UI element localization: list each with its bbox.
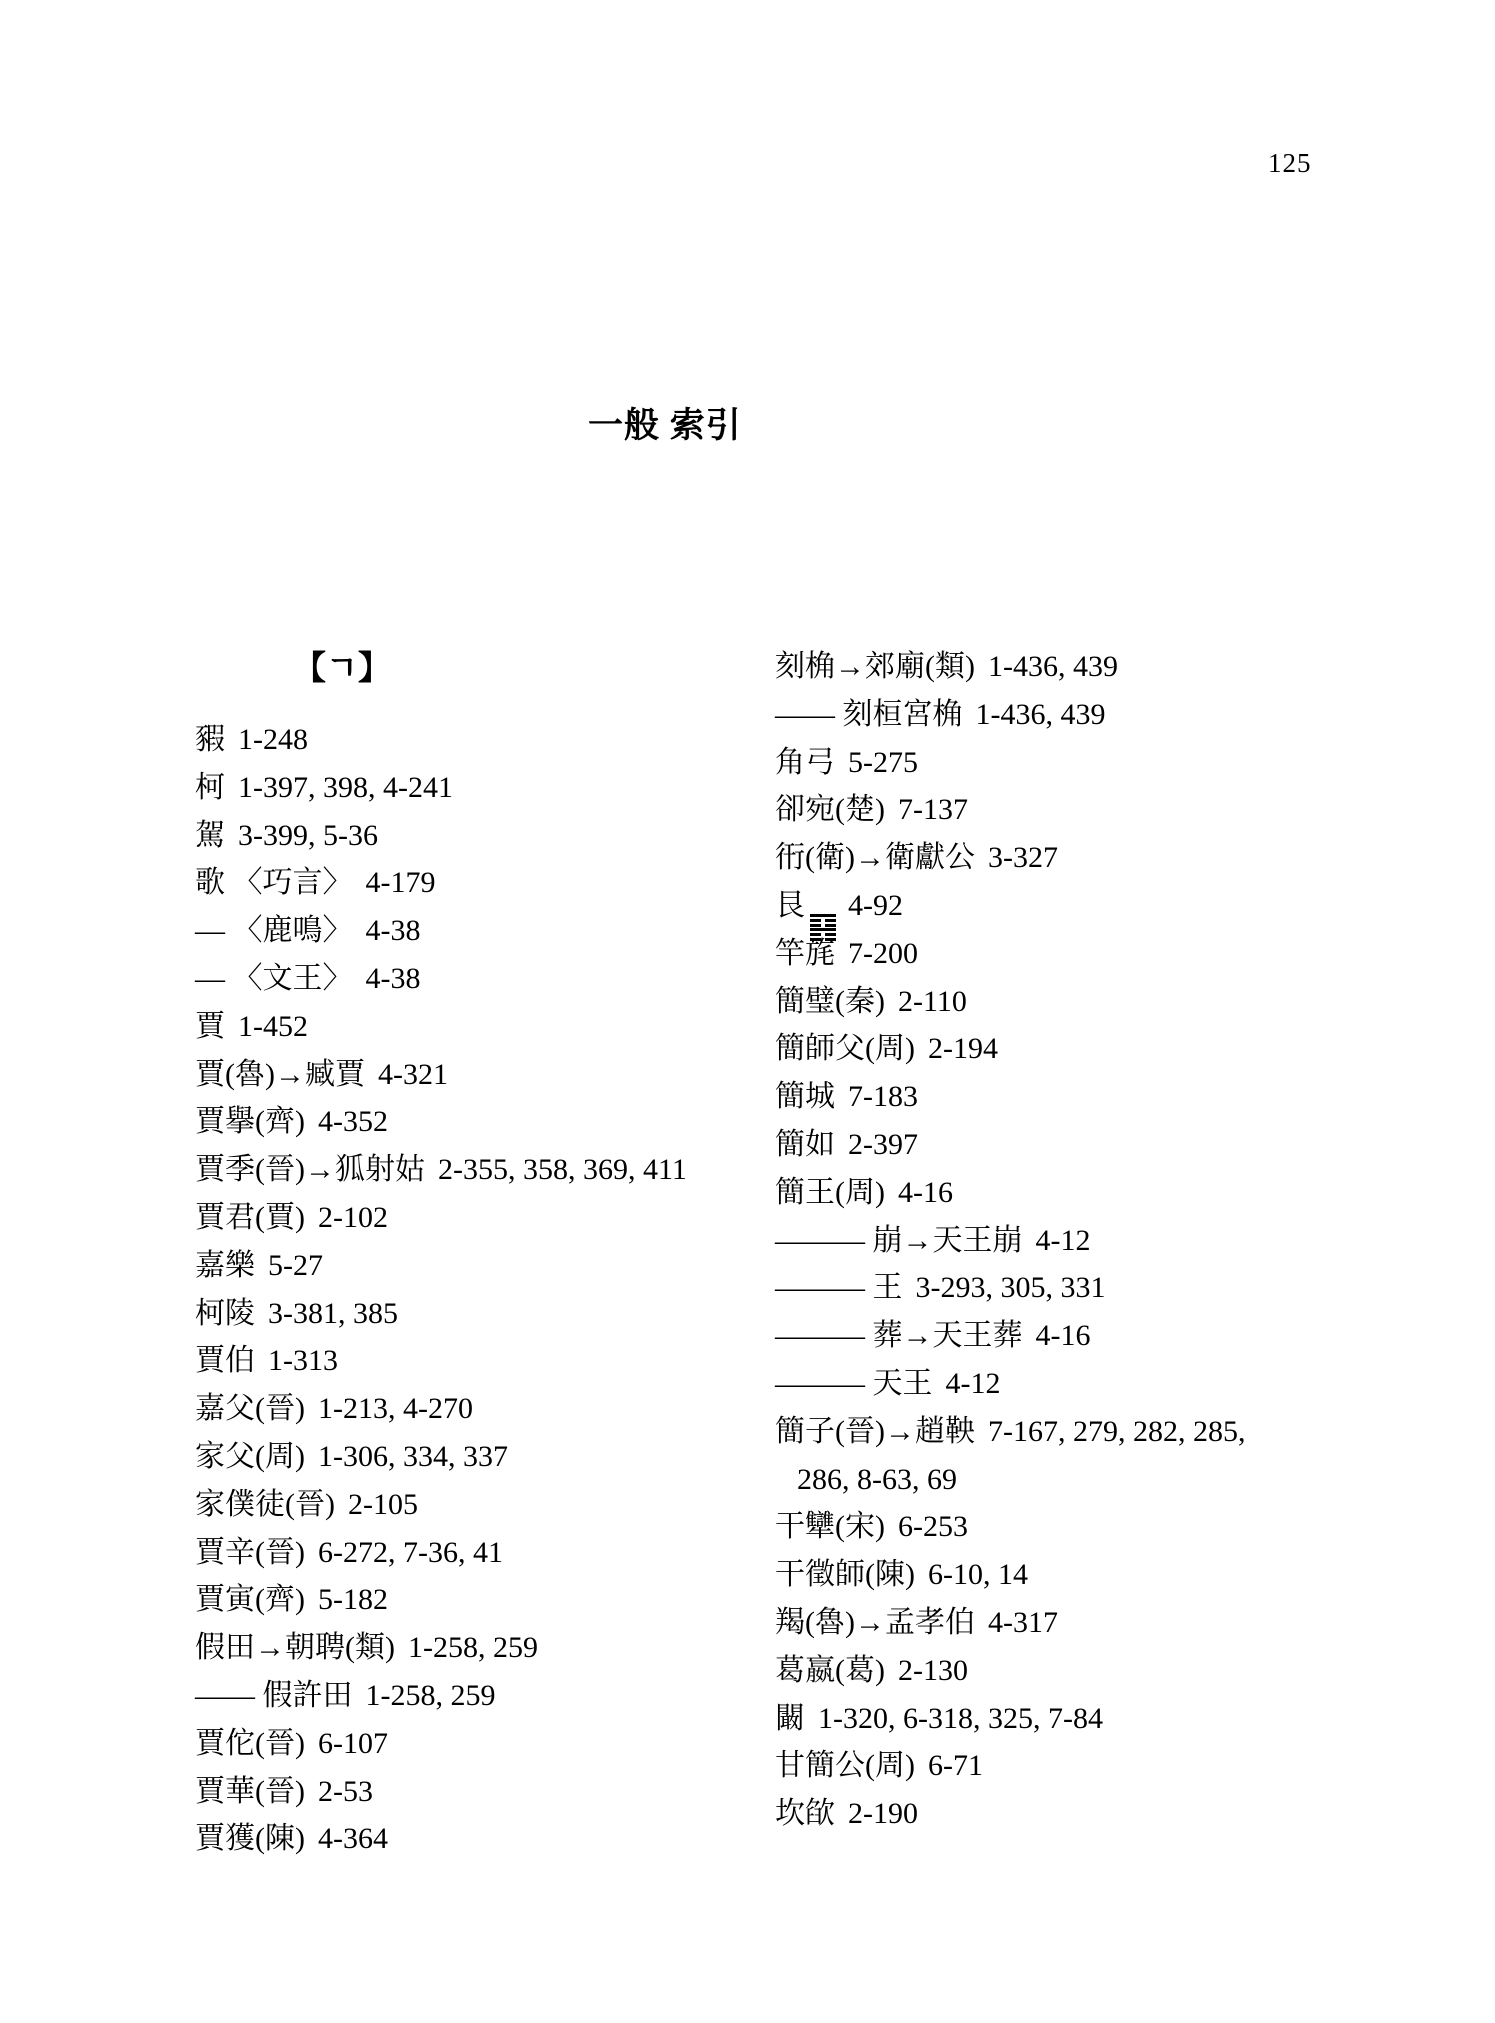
index-entry: 柯陵3-381, 385 — [195, 1290, 687, 1338]
entry-term: ——— 天王 — [775, 1367, 933, 1400]
entry-refs: 2-397 — [848, 1128, 918, 1161]
entry-refs: 6-253 — [898, 1510, 968, 1543]
hexagram-line-broken — [810, 924, 836, 927]
entry-refs: 1-258, 259 — [366, 1679, 496, 1712]
index-entry: 干犫(宋)6-253 — [775, 1503, 1245, 1551]
entry-term: 簡師父(周) — [775, 1032, 915, 1065]
entry-refs: 4-38 — [366, 962, 421, 995]
index-entry: 歌 〈巧言〉4-179 — [195, 859, 687, 907]
index-entry: 簡璧(秦)2-110 — [775, 978, 1245, 1026]
index-entry: 家僕徒(晉)2-105 — [195, 1481, 687, 1529]
entry-term: ——— 葬→天王葬 — [775, 1319, 1023, 1352]
index-entry: —— 假許田1-258, 259 — [195, 1672, 687, 1720]
entry-term: 家僕徒(晉) — [195, 1488, 335, 1521]
index-entry: 賈佗(晉)6-107 — [195, 1720, 687, 1768]
entry-term: ——— 崩→天王崩 — [775, 1224, 1023, 1257]
entry-term: 賈寅(齊) — [195, 1583, 305, 1616]
entry-term: — 〈文王〉 — [195, 962, 353, 995]
entry-refs: 1-258, 259 — [408, 1631, 538, 1664]
entry-refs: 1-452 — [238, 1010, 308, 1043]
index-entry: 賈華(晉)2-53 — [195, 1768, 687, 1816]
entry-refs: 3-327 — [988, 841, 1058, 874]
entry-refs: 2-190 — [848, 1797, 918, 1830]
index-entry: 角弓5-275 — [775, 739, 1245, 787]
index-entry: —— 刻桓宮桷1-436, 439 — [775, 691, 1245, 739]
entry-refs: 2-105 — [348, 1488, 418, 1521]
index-entry: 賈擧(齊)4-352 — [195, 1098, 687, 1146]
index-entry: 坎欿2-190 — [775, 1790, 1245, 1838]
entry-refs: 7-200 — [848, 937, 918, 970]
index-entry: 柯1-397, 398, 4-241 — [195, 764, 687, 812]
entry-term: 柯陵 — [195, 1297, 255, 1330]
entry-term: 賈辛(晉) — [195, 1536, 305, 1569]
entry-refs: 2-130 — [898, 1654, 968, 1687]
index-entry: 賈伯1-313 — [195, 1337, 687, 1385]
entry-term: 甘簡公(周) — [775, 1749, 915, 1782]
entry-refs: 7-137 — [898, 793, 968, 826]
entry-term: 賈獲(陳) — [195, 1822, 305, 1855]
index-entry: 艮4-92 — [775, 882, 1245, 930]
entry-refs: 3-293, 305, 331 — [916, 1271, 1106, 1304]
index-entry: ——— 葬→天王葬4-16 — [775, 1312, 1245, 1360]
index-entry: — 〈文王〉4-38 — [195, 955, 687, 1003]
entry-term: 歌 〈巧言〉 — [195, 866, 353, 899]
index-entry: 賈辛(晉)6-272, 7-36, 41 — [195, 1529, 687, 1577]
entry-term: ——— 王 — [775, 1271, 903, 1304]
index-entry: 嘉父(晉)1-213, 4-270 — [195, 1385, 687, 1433]
index-entry: 竿旄7-200 — [775, 930, 1245, 978]
index-entry: ——— 天王4-12 — [775, 1360, 1245, 1408]
index-entry: 干徵師(陳)6-10, 14 — [775, 1551, 1245, 1599]
entry-refs: 5-275 — [848, 746, 918, 779]
entry-term: 竿旄 — [775, 937, 835, 970]
entry-term: 賈季(晉)→狐射姑 — [195, 1153, 425, 1186]
entry-term: 角弓 — [775, 746, 835, 779]
index-entry: 卻宛(楚)7-137 — [775, 786, 1245, 834]
entry-term: 家父(周) — [195, 1440, 305, 1473]
entry-refs: 3-399, 5-36 — [238, 819, 378, 852]
index-entry: 闞1-320, 6-318, 325, 7-84 — [775, 1695, 1245, 1743]
entry-refs: 1-397, 398, 4-241 — [238, 771, 453, 804]
entry-refs: 4-317 — [988, 1606, 1058, 1639]
entry-term: 艮 — [775, 889, 805, 922]
entry-refs: 2-102 — [318, 1201, 388, 1234]
entry-term: 簡城 — [775, 1080, 835, 1113]
index-entry: 簡師父(周)2-194 — [775, 1025, 1245, 1073]
entry-refs: 2-355, 358, 369, 411 — [438, 1153, 687, 1186]
entry-term: 駕 — [195, 819, 225, 852]
entry-refs: 6-10, 14 — [928, 1558, 1028, 1591]
entry-refs: 2-194 — [928, 1032, 998, 1065]
index-entry: 羯(魯)→孟孝伯4-317 — [775, 1599, 1245, 1647]
entry-refs: 5-182 — [318, 1583, 388, 1616]
entry-refs: 7-183 — [848, 1080, 918, 1113]
entry-refs: 4-321 — [378, 1058, 448, 1091]
index-entry: 葛嬴(葛)2-130 — [775, 1647, 1245, 1695]
index-entry: 賈季(晉)→狐射姑2-355, 358, 369, 411 — [195, 1146, 687, 1194]
entry-term: 賈佗(晉) — [195, 1727, 305, 1760]
entry-refs: 4-12 — [1036, 1224, 1091, 1257]
index-entry: 簡如2-397 — [775, 1121, 1245, 1169]
entry-refs: 6-107 — [318, 1727, 388, 1760]
entry-term: 豭 — [195, 723, 225, 756]
entry-refs: 1-248 — [238, 723, 308, 756]
entry-term: 嘉父(晉) — [195, 1392, 305, 1425]
entry-term: 簡子(晉)→趙鞅 — [775, 1415, 975, 1448]
index-entry-continuation: 286, 8-63, 69 — [775, 1456, 1245, 1504]
page-number: 125 — [1268, 148, 1312, 179]
index-entry: ——— 王3-293, 305, 331 — [775, 1264, 1245, 1312]
entry-term: 簡璧(秦) — [775, 985, 885, 1018]
entry-refs: 4-12 — [946, 1367, 1001, 1400]
entry-refs: 6-71 — [928, 1749, 983, 1782]
entry-refs: 2-53 — [318, 1775, 373, 1808]
index-entry: 賈1-452 — [195, 1003, 687, 1051]
page-title: 一般 索引 — [588, 398, 742, 448]
entry-refs: 2-110 — [898, 985, 967, 1018]
entry-term: —— 假許田 — [195, 1679, 353, 1712]
index-column-right: 刻桷→郊廟(類)1-436, 439—— 刻桓宮桷1-436, 439角弓5-2… — [775, 643, 1245, 1838]
entry-term: 衎(衛)→衛獻公 — [775, 841, 975, 874]
index-entry: 刻桷→郊廟(類)1-436, 439 — [775, 643, 1245, 691]
section-header-giyeok: 【ㄱ】 — [293, 642, 391, 689]
entry-refs: 7-167, 279, 282, 285, — [988, 1415, 1246, 1448]
entry-term: 卻宛(楚) — [775, 793, 885, 826]
entry-term: 干犫(宋) — [775, 1510, 885, 1543]
entry-refs: 4-16 — [898, 1176, 953, 1209]
entry-refs: 1-436, 439 — [988, 650, 1118, 683]
entry-refs: 1-313 — [268, 1344, 338, 1377]
entry-term: 簡如 — [775, 1128, 835, 1161]
entry-refs: 4-352 — [318, 1105, 388, 1138]
index-entry: 簡子(晉)→趙鞅7-167, 279, 282, 285, — [775, 1408, 1245, 1456]
entry-refs: 4-179 — [366, 866, 436, 899]
entry-refs: 4-364 — [318, 1822, 388, 1855]
index-entry: — 〈鹿鳴〉4-38 — [195, 907, 687, 955]
entry-term: 刻桷→郊廟(類) — [775, 650, 975, 683]
hexagram-line-broken — [810, 919, 836, 922]
index-entry: 甘簡公(周)6-71 — [775, 1742, 1245, 1790]
entry-refs: 1-213, 4-270 — [318, 1392, 473, 1425]
entry-term: 賈君(賈) — [195, 1201, 305, 1234]
entry-refs: 4-38 — [366, 914, 421, 947]
entry-refs: 5-27 — [268, 1249, 323, 1282]
entry-refs: 4-92 — [848, 889, 903, 922]
entry-term: 賈華(晉) — [195, 1775, 305, 1808]
entry-term: 賈(魯)→臧賈 — [195, 1058, 365, 1091]
entry-term: 葛嬴(葛) — [775, 1654, 885, 1687]
index-entry: 賈君(賈)2-102 — [195, 1194, 687, 1242]
entry-refs: 6-272, 7-36, 41 — [318, 1536, 503, 1569]
entry-refs: 1-320, 6-318, 325, 7-84 — [818, 1702, 1103, 1735]
index-entry: 賈寅(齊)5-182 — [195, 1576, 687, 1624]
entry-term: — 〈鹿鳴〉 — [195, 914, 353, 947]
entry-term: 坎欿 — [775, 1797, 835, 1830]
entry-term: 干徵師(陳) — [775, 1558, 915, 1591]
hexagram-line-solid — [810, 914, 836, 917]
entry-term: 簡王(周) — [775, 1176, 885, 1209]
index-column-left: 豭1-248柯1-397, 398, 4-241駕3-399, 5-36歌 〈巧… — [195, 716, 687, 1863]
index-entry: 家父(周)1-306, 334, 337 — [195, 1433, 687, 1481]
entry-term: 羯(魯)→孟孝伯 — [775, 1606, 975, 1639]
index-page: 125 一般 索引 【ㄱ】 豭1-248柯1-397, 398, 4-241駕3… — [0, 0, 1495, 2023]
entry-refs: 286, 8-63, 69 — [797, 1463, 957, 1496]
entry-term: 賈伯 — [195, 1344, 255, 1377]
entry-term: 闞 — [775, 1702, 805, 1735]
entry-term: 柯 — [195, 771, 225, 804]
index-entry: 豭1-248 — [195, 716, 687, 764]
entry-term: —— 刻桓宮桷 — [775, 698, 963, 731]
index-entry: 衎(衛)→衛獻公3-327 — [775, 834, 1245, 882]
index-entry: 嘉樂5-27 — [195, 1242, 687, 1290]
index-entry: 賈(魯)→臧賈4-321 — [195, 1051, 687, 1099]
entry-refs: 4-16 — [1036, 1319, 1091, 1352]
index-entry: 駕3-399, 5-36 — [195, 812, 687, 860]
entry-term: 嘉樂 — [195, 1249, 255, 1282]
index-entry: 簡王(周)4-16 — [775, 1169, 1245, 1217]
entry-term: 假田→朝聘(類) — [195, 1631, 395, 1664]
entry-term: 賈 — [195, 1010, 225, 1043]
entry-refs: 3-381, 385 — [268, 1297, 398, 1330]
index-entry: 賈獲(陳)4-364 — [195, 1815, 687, 1863]
entry-refs: 1-436, 439 — [976, 698, 1106, 731]
index-entry: 假田→朝聘(類)1-258, 259 — [195, 1624, 687, 1672]
index-entry: ——— 崩→天王崩4-12 — [775, 1217, 1245, 1265]
entry-term: 賈擧(齊) — [195, 1105, 305, 1138]
entry-refs: 1-306, 334, 337 — [318, 1440, 508, 1473]
index-entry: 簡城7-183 — [775, 1073, 1245, 1121]
